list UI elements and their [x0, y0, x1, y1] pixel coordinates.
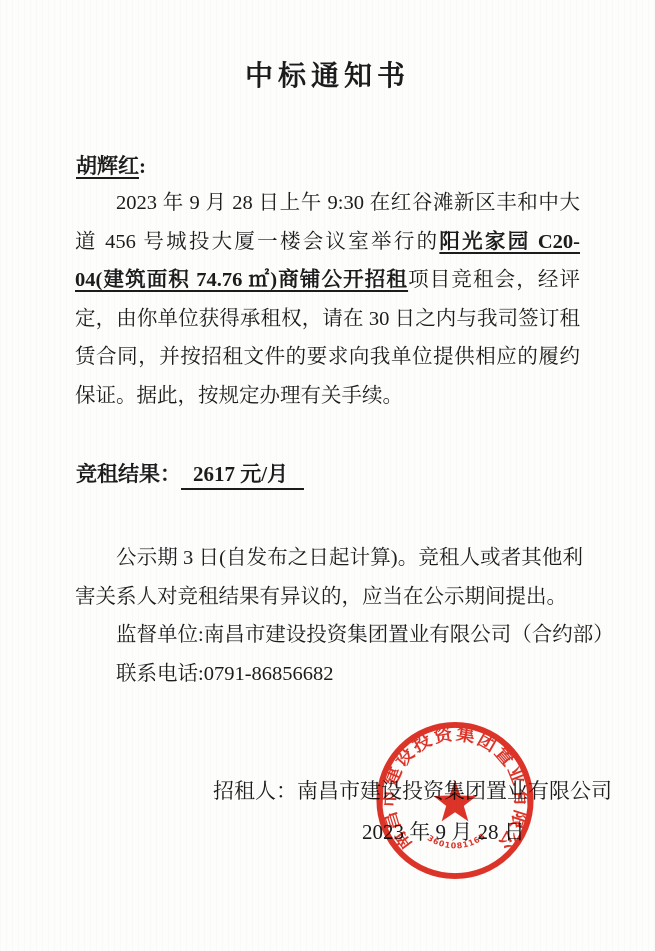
svg-text:南昌市建设投资集团置业有限公司: 南昌市建设投资集团置业有限公司	[371, 712, 533, 855]
seal-arc-text-group: 南昌市建设投资集团置业有限公司 3601081165780	[371, 712, 533, 855]
bid-result-label: 竞租结果：	[76, 462, 181, 486]
body-paragraph-main: 2023 年 9 月 28 日上午 9:30 在红谷滩新区丰和中大道 456 号…	[75, 184, 580, 416]
publicity-paragraph: 公示期 3 日(自发布之日起计算)。竞租人或者其他利害关系人对竞租结果有异议的，…	[75, 539, 583, 616]
recipient-colon: :	[139, 154, 146, 178]
seal-star-icon	[433, 780, 476, 821]
company-seal-stamp: 南昌市建设投资集团置业有限公司 3601081165780	[371, 712, 539, 889]
publicity-section: 公示期 3 日(自发布之日起计算)。竞租人或者其他利害关系人对竞租结果有异议的，…	[75, 539, 583, 693]
recipient-name: 胡辉红	[76, 154, 139, 178]
bid-result-value: 2617 元/月	[181, 462, 304, 490]
supervisor-line: 监督单位:南昌市建设投资集团置业有限公司（合约部）	[75, 616, 583, 655]
seal-company-text: 南昌市建设投资集团置业有限公司	[371, 712, 533, 855]
award-notice-document: 中标通知书 胡辉红: 2023 年 9 月 28 日上午 9:30 在红谷滩新区…	[0, 0, 655, 951]
document-title: 中标通知书	[0, 54, 655, 94]
bid-result-line: 竞租结果：2617 元/月	[76, 458, 304, 488]
recipient-line: 胡辉红:	[76, 150, 146, 180]
contact-phone-line: 联系电话:0791-86856682	[75, 655, 583, 694]
